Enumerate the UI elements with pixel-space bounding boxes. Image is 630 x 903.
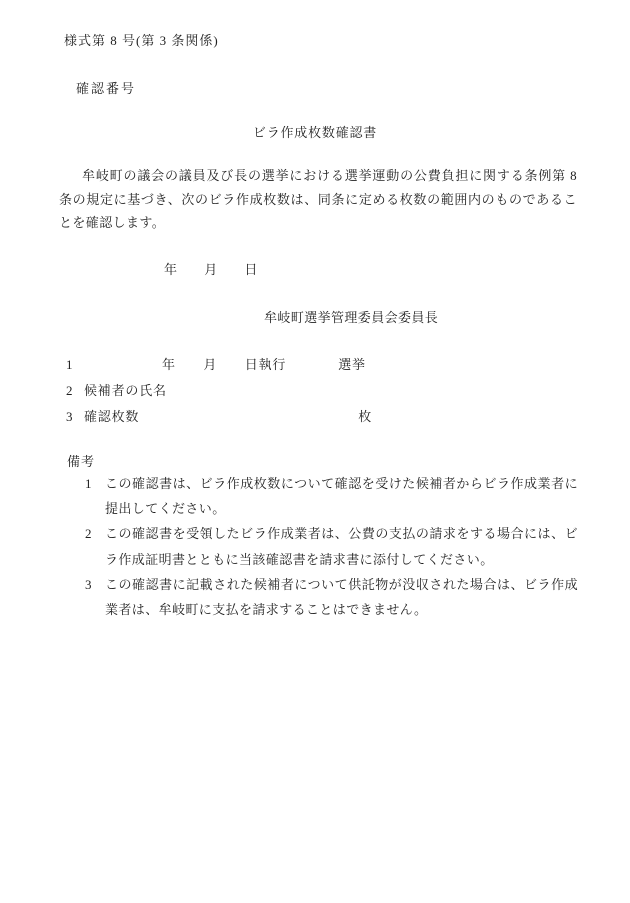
election-label: 選挙	[338, 357, 366, 372]
note-number: 1	[85, 471, 105, 496]
note-text: この確認書を受領したビラ作成業者は、公費の支払の請求をする場合には、ビラ作成証明…	[105, 521, 578, 571]
item-candidate-name: 2候補者の氏名	[66, 378, 586, 404]
confirmation-number-label: 確認番号	[76, 78, 136, 97]
note-item: 2 この確認書を受領したビラ作成業者は、公費の支払の請求をする場合には、ビラ作成…	[85, 521, 579, 571]
note-item: 3 この確認書に記載された候補者について供託物が没収された場合は、ビラ作成業者は…	[85, 572, 579, 622]
document-title: ビラ作成枚数確認書	[0, 122, 630, 141]
note-item: 1 この確認書は、ビラ作成枚数について確認を受けた候補者からビラ作成業者に提出し…	[85, 471, 579, 521]
note-text: この確認書に記載された候補者について供託物が没収された場合は、ビラ作成業者は、牟…	[105, 572, 578, 622]
item-number: 2	[66, 378, 84, 404]
election-date-blanks: 年 月 日執行	[162, 357, 286, 372]
note-text: この確認書は、ビラ作成枚数について確認を受けた候補者からビラ作成業者に提出してく…	[105, 471, 578, 521]
document-page: 様式第 8 号(第 3 条関係) 確認番号 ビラ作成枚数確認書 牟岐町の議会の議…	[0, 0, 630, 903]
confirmed-count-label: 確認枚数	[84, 409, 139, 424]
form-number: 様式第 8 号(第 3 条関係)	[64, 30, 219, 49]
issuer-title: 牟岐町選挙管理委員会委員長	[264, 307, 438, 326]
date-line: 年 月 日	[164, 259, 258, 278]
body-paragraph: 牟岐町の議会の議員及び長の選挙における選挙運動の公費負担に関する条例第 8 条の…	[59, 164, 577, 235]
candidate-name-label: 候補者の氏名	[84, 383, 167, 398]
notes-list: 1 この確認書は、ビラ作成枚数について確認を受けた候補者からビラ作成業者に提出し…	[85, 471, 579, 622]
note-number: 3	[85, 572, 105, 597]
items-list: 1年 月 日執行選挙 2候補者の氏名 3確認枚数枚	[66, 352, 586, 429]
item-number: 1	[66, 352, 84, 378]
note-number: 2	[85, 521, 105, 546]
item-confirmed-count: 3確認枚数枚	[66, 404, 586, 430]
item-election-date: 1年 月 日執行選挙	[66, 352, 586, 378]
sheets-unit-label: 枚	[358, 409, 372, 424]
item-number: 3	[66, 404, 84, 430]
